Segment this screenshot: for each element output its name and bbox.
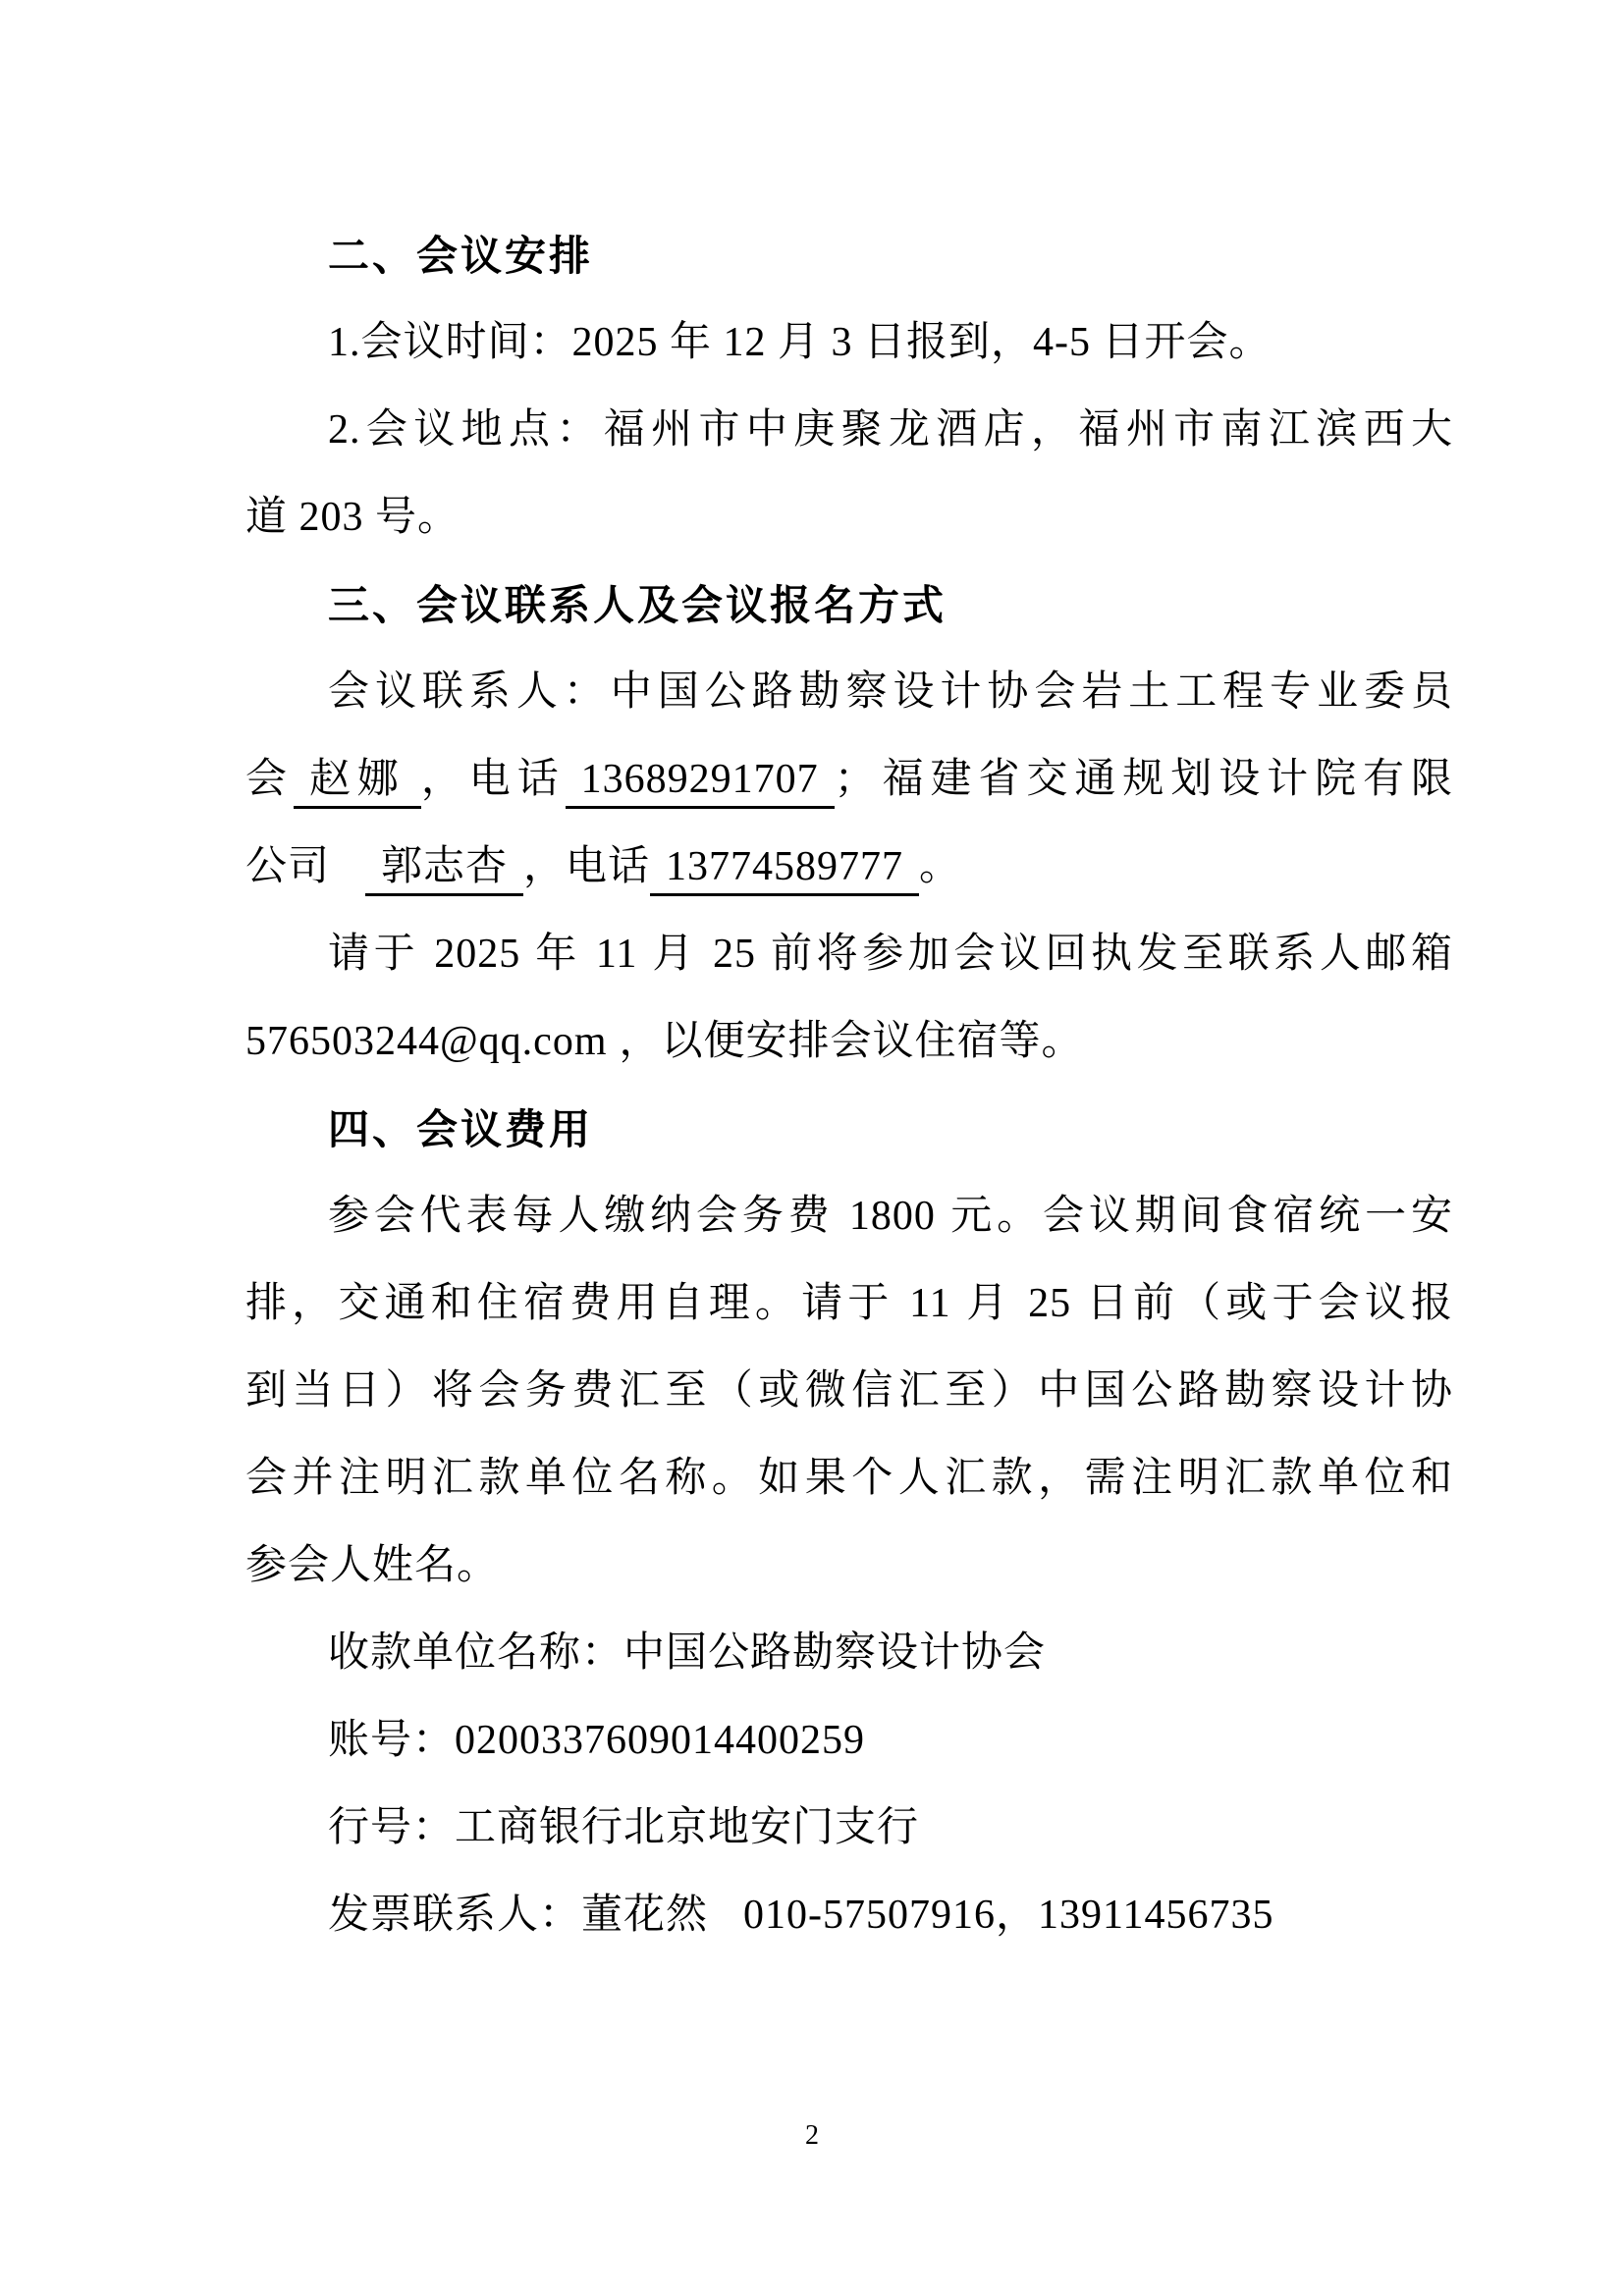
- contact-phone-underlined: 13774589777: [650, 844, 919, 896]
- invoice-contact-line: 发票联系人：董花然010-57507916，13911456735: [245, 1872, 1453, 1959]
- contact-line-prefix: 会: [245, 757, 294, 802]
- fee-paragraph-line-4: 会并注明汇款单位名称。如果个人汇款，需注明汇款单位和: [245, 1435, 1453, 1522]
- fee-paragraph-line-5: 参会人姓名。: [245, 1522, 1453, 1610]
- contact-line-suffix: ；福建省交通规划设计院有限: [835, 757, 1453, 802]
- invoice-contact-phones: 010-57507916，13911456735: [743, 1893, 1273, 1938]
- contact-line-prefix: 公司: [245, 844, 330, 889]
- email-line-rest: ，以便安排会议住宿等。: [620, 1019, 1084, 1064]
- fee-paragraph-line-3: 到当日）将会务费汇至（或微信汇至）中国公路勘察设计协: [245, 1348, 1453, 1435]
- account-number-line: 账号：0200337609014400259: [245, 1697, 1453, 1785]
- fee-paragraph-line-2: 排，交通和住宿费用自理。请于 11 月 25 日前（或于会议报: [245, 1260, 1453, 1348]
- document-page: 二、会议安排 1.会议时间：2025 年 12 月 3 日报到，4-5 日开会。…: [0, 0, 1624, 2296]
- meeting-location-continuation-line: 道 203 号。: [245, 474, 1453, 561]
- section-heading-contacts-registration: 三、会议联系人及会议报名方式: [245, 561, 1453, 649]
- page-number: 2: [0, 2120, 1624, 2152]
- contact-line-suffix: 。: [919, 844, 961, 889]
- meeting-time-line: 1.会议时间：2025 年 12 月 3 日报到，4-5 日开会。: [245, 299, 1453, 387]
- contact-intro-line: 会议联系人：中国公路勘察设计协会岩土工程专业委员: [245, 649, 1453, 736]
- contact-line-middle: ，电话: [421, 757, 566, 802]
- contact-guozhixing-line: 公司郭志杏，电话13774589777。: [245, 824, 1453, 911]
- payee-name-line: 收款单位名称：中国公路勘察设计协会: [245, 1610, 1453, 1697]
- contact-zhaona-line: 会赵娜，电话13689291707；福建省交通规划设计院有限: [245, 736, 1453, 824]
- bank-branch-line: 行号：工商银行北京地安门支行: [245, 1785, 1453, 1872]
- section-heading-meeting-arrangement: 二、会议安排: [245, 212, 1453, 299]
- reply-deadline-line: 请于 2025 年 11 月 25 前将参加会议回执发至联系人邮箱: [245, 911, 1453, 998]
- document-body: 二、会议安排 1.会议时间：2025 年 12 月 3 日报到，4-5 日开会。…: [245, 212, 1453, 1959]
- email-address: 576503244@qq.com: [245, 1019, 608, 1064]
- section-heading-meeting-fees: 四、会议费用: [245, 1086, 1453, 1173]
- contact-line-middle: ，电话: [523, 844, 650, 889]
- invoice-contact-label: 发票联系人：董花然: [328, 1893, 708, 1938]
- contact-name-underlined: 郭志杏: [365, 844, 523, 896]
- email-line: 576503244@qq.com，以便安排会议住宿等。: [245, 998, 1453, 1086]
- contact-name-underlined: 赵娜: [294, 757, 421, 809]
- contact-phone-underlined: 13689291707: [566, 757, 835, 809]
- fee-paragraph-line-1: 参会代表每人缴纳会务费 1800 元。会议期间食宿统一安: [245, 1173, 1453, 1260]
- meeting-location-line: 2.会议地点：福州市中庚聚龙酒店，福州市南江滨西大: [245, 387, 1453, 474]
